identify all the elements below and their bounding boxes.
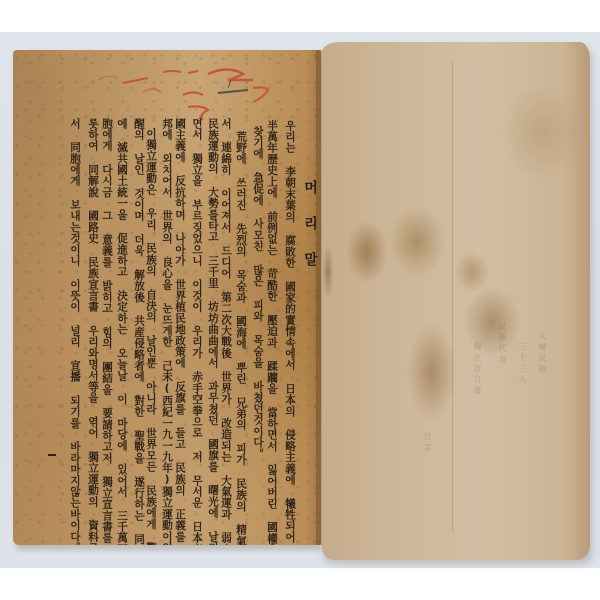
text-column-13: 胞에게 다시금 그 意義를 밝히고 힘의 團結을 要請하고저 獨立宣言書를 비 [101, 118, 113, 545]
text-column-8: 國主義에 反抗하며 나아가 世界植民地政策에 反旗를 들고 民族의 正義를 萬 [174, 118, 186, 545]
text-column-14: 롯하여 同解說 國路史 民族宣言書 우리와명서等을 엮어 獨立運動의 資料로 [87, 118, 99, 545]
preface-text-block: 머리말 우리는 李朝末葉의 腐敗한 國家的實情속에서 日本의 侵略主義에 犧牲되… [13, 50, 321, 545]
text-column-15: 서 同胞에게 보내는것이니 이뜻이 널리 宣播 되기를 바라마지않는바이다。 [69, 118, 81, 545]
text-column-2: 半萬年歷史上에 前例없는 苛酷한 壓迫과 蹂躙을 當하면서 잃어버린 國權을 [266, 120, 278, 545]
text-column-11: 醒의 날인 것이며 더욱 解放後 共産侵略者에 對한 聖戰을 遂行하는 同時 [133, 118, 145, 545]
show-through-text: 獨立宣言書 [472, 342, 483, 397]
text-column-4: 荒野에 쓰러진 先烈의 목숨과 國海에 뿌린 兄弟의 피가 民族의 精氣로 [235, 131, 247, 545]
text-column-5: 서 連綿히 이어져서 드디어 第二次大戰後 世界가 改造되는 大氣運과 弱少 [220, 118, 232, 545]
text-column-1: 우리는 李朝末葉의 腐敗한 國家的實情속에서 日本의 侵略主義에 犧牲되어 [284, 120, 296, 543]
text-column-9: 邦에 외치어서 世界의 良心을 눈뜨게한 己未(西紀一九一九年)獨立運動이었다。 [161, 118, 173, 545]
text-column-7: 면서 獨立을 부르짖었으니 이것이 우리가 赤手空拳으로 저 무서운 日本帝 [191, 118, 203, 545]
show-through-text: 宣言 [422, 432, 433, 454]
right-page: 獨立宣言書 民族代表 三十三人 大韓民國 宣言 [322, 42, 590, 560]
show-through-text: 大韓民國 [537, 332, 548, 376]
show-through-text: 三十三人 [517, 342, 528, 386]
page-number-mark [48, 454, 56, 456]
text-column-6: 民族運動의 大勢를타고 三千里 坊坊曲曲에서 과무쳤던 國旗를 曙光에 날리 [207, 118, 219, 545]
text-column-12: 에 滅共國土統一을 促進하고 決定하는 오늘날 이 마당에 있어서 三千萬同 [116, 118, 128, 545]
text-column-3: 찾기에 急促에 사모친 많은 피와 목숨을 바쳤던것이다。 [252, 126, 264, 459]
text-column-10: 이獨立運動은 우리 民族의 自決의 날인뿐 아니라 世界모든 民族에게 警 [145, 128, 157, 545]
left-page: 머리말 우리는 李朝末葉의 腐敗한 國家的實情속에서 日本의 侵略主義에 犧牲되… [13, 50, 321, 545]
show-through-text: 民族代表 [497, 322, 508, 366]
